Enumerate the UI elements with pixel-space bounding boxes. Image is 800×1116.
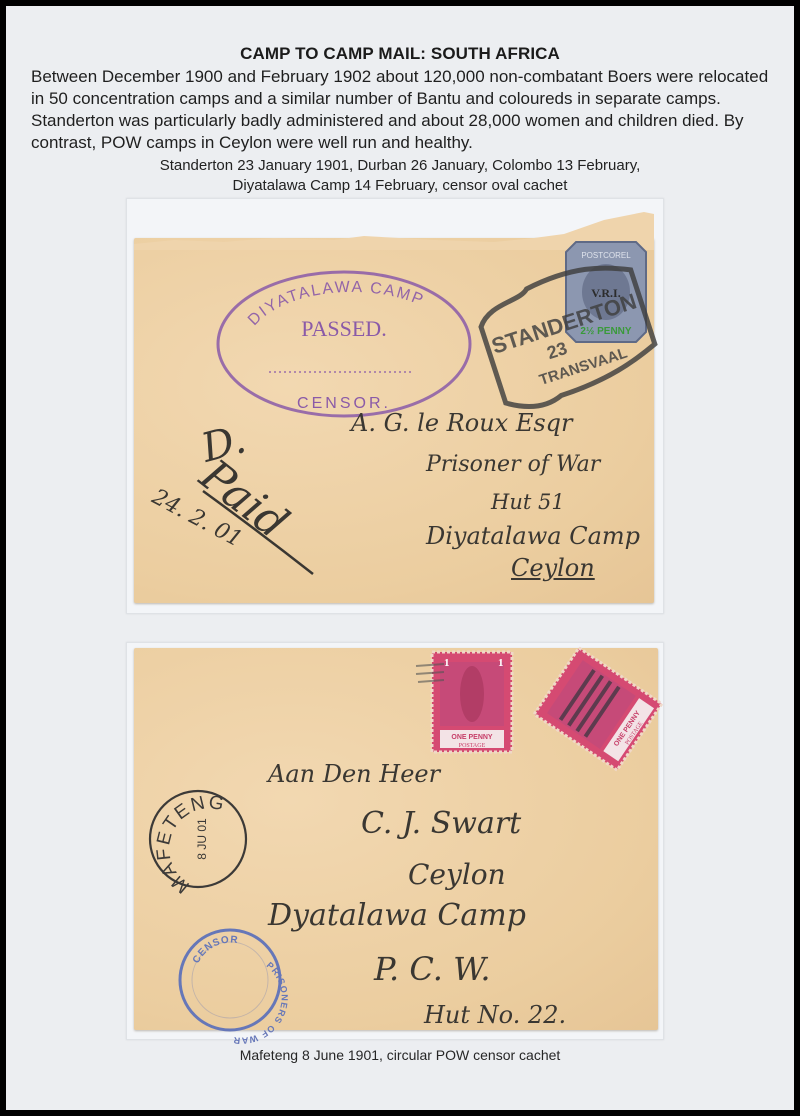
svg-text:8 JU 01: 8 JU 01 — [195, 818, 209, 860]
svg-text:CENSOR: CENSOR — [191, 934, 239, 965]
cover1-standerton-postmark: STANDERTON 23 TRANSVAAL — [476, 270, 666, 420]
cover1-censor-oval-cachet: DIYATALAWA CAMP PASSED. CENSOR. — [214, 266, 494, 426]
cover2-partial-cancel — [414, 656, 454, 696]
cover2-stamp-2: ONE PENNY POSTAGE — [538, 654, 658, 764]
svg-text:1: 1 — [498, 657, 504, 669]
cover1-address-line5: Ceylon — [511, 554, 595, 582]
svg-text:ONE PENNY: ONE PENNY — [451, 734, 493, 741]
page-title: CAMP TO CAMP MAIL: SOUTH AFRICA — [6, 44, 794, 64]
svg-text:POSTAGE: POSTAGE — [459, 743, 486, 749]
cover2-address-line4: Dyatalawa Camp — [268, 898, 526, 933]
intro-paragraph: Between December 1900 and February 1902 … — [31, 66, 771, 154]
cover2-description: Mafeteng 8 June 1901, circular POW censo… — [6, 1047, 794, 1063]
cover2-address-line1: Aan Den Heer — [268, 760, 440, 788]
cover2-mafeteng-postmark: MAFETENG 8 JU 01 — [146, 784, 256, 894]
cover1-address-line2: Prisoner of War — [426, 452, 600, 477]
cover2-address-line3: Ceylon — [408, 858, 506, 891]
cover1-address-line3: Hut 51 — [491, 490, 565, 514]
cover2-address-line2: C. J. Swart — [361, 806, 521, 841]
svg-text:MAFETENG: MAFETENG — [153, 792, 227, 897]
cachet-passed-text: PASSED. — [301, 316, 386, 341]
cover1-description-line2: Diyatalawa Camp 14 February, censor oval… — [6, 176, 794, 196]
cover1-address-line1: A. G. le Roux Esqr — [351, 409, 572, 437]
svg-text:POSTCOREL: POSTCOREL — [581, 251, 631, 260]
cover1-description-line1: Standerton 23 January 1901, Durban 26 Ja… — [6, 156, 794, 176]
album-page: CAMP TO CAMP MAIL: SOUTH AFRICA Between … — [6, 6, 794, 1110]
paid-underline — [198, 486, 318, 576]
cover2-address-line5: P. C. W. — [374, 950, 491, 988]
cover2-address-line6: Hut No. 22. — [424, 1001, 566, 1029]
cover2-pow-censor-cachet: CENSOR PRISONERS OF WAR — [176, 926, 286, 1036]
cover1-address-line4: Diyatalawa Camp — [426, 522, 640, 550]
